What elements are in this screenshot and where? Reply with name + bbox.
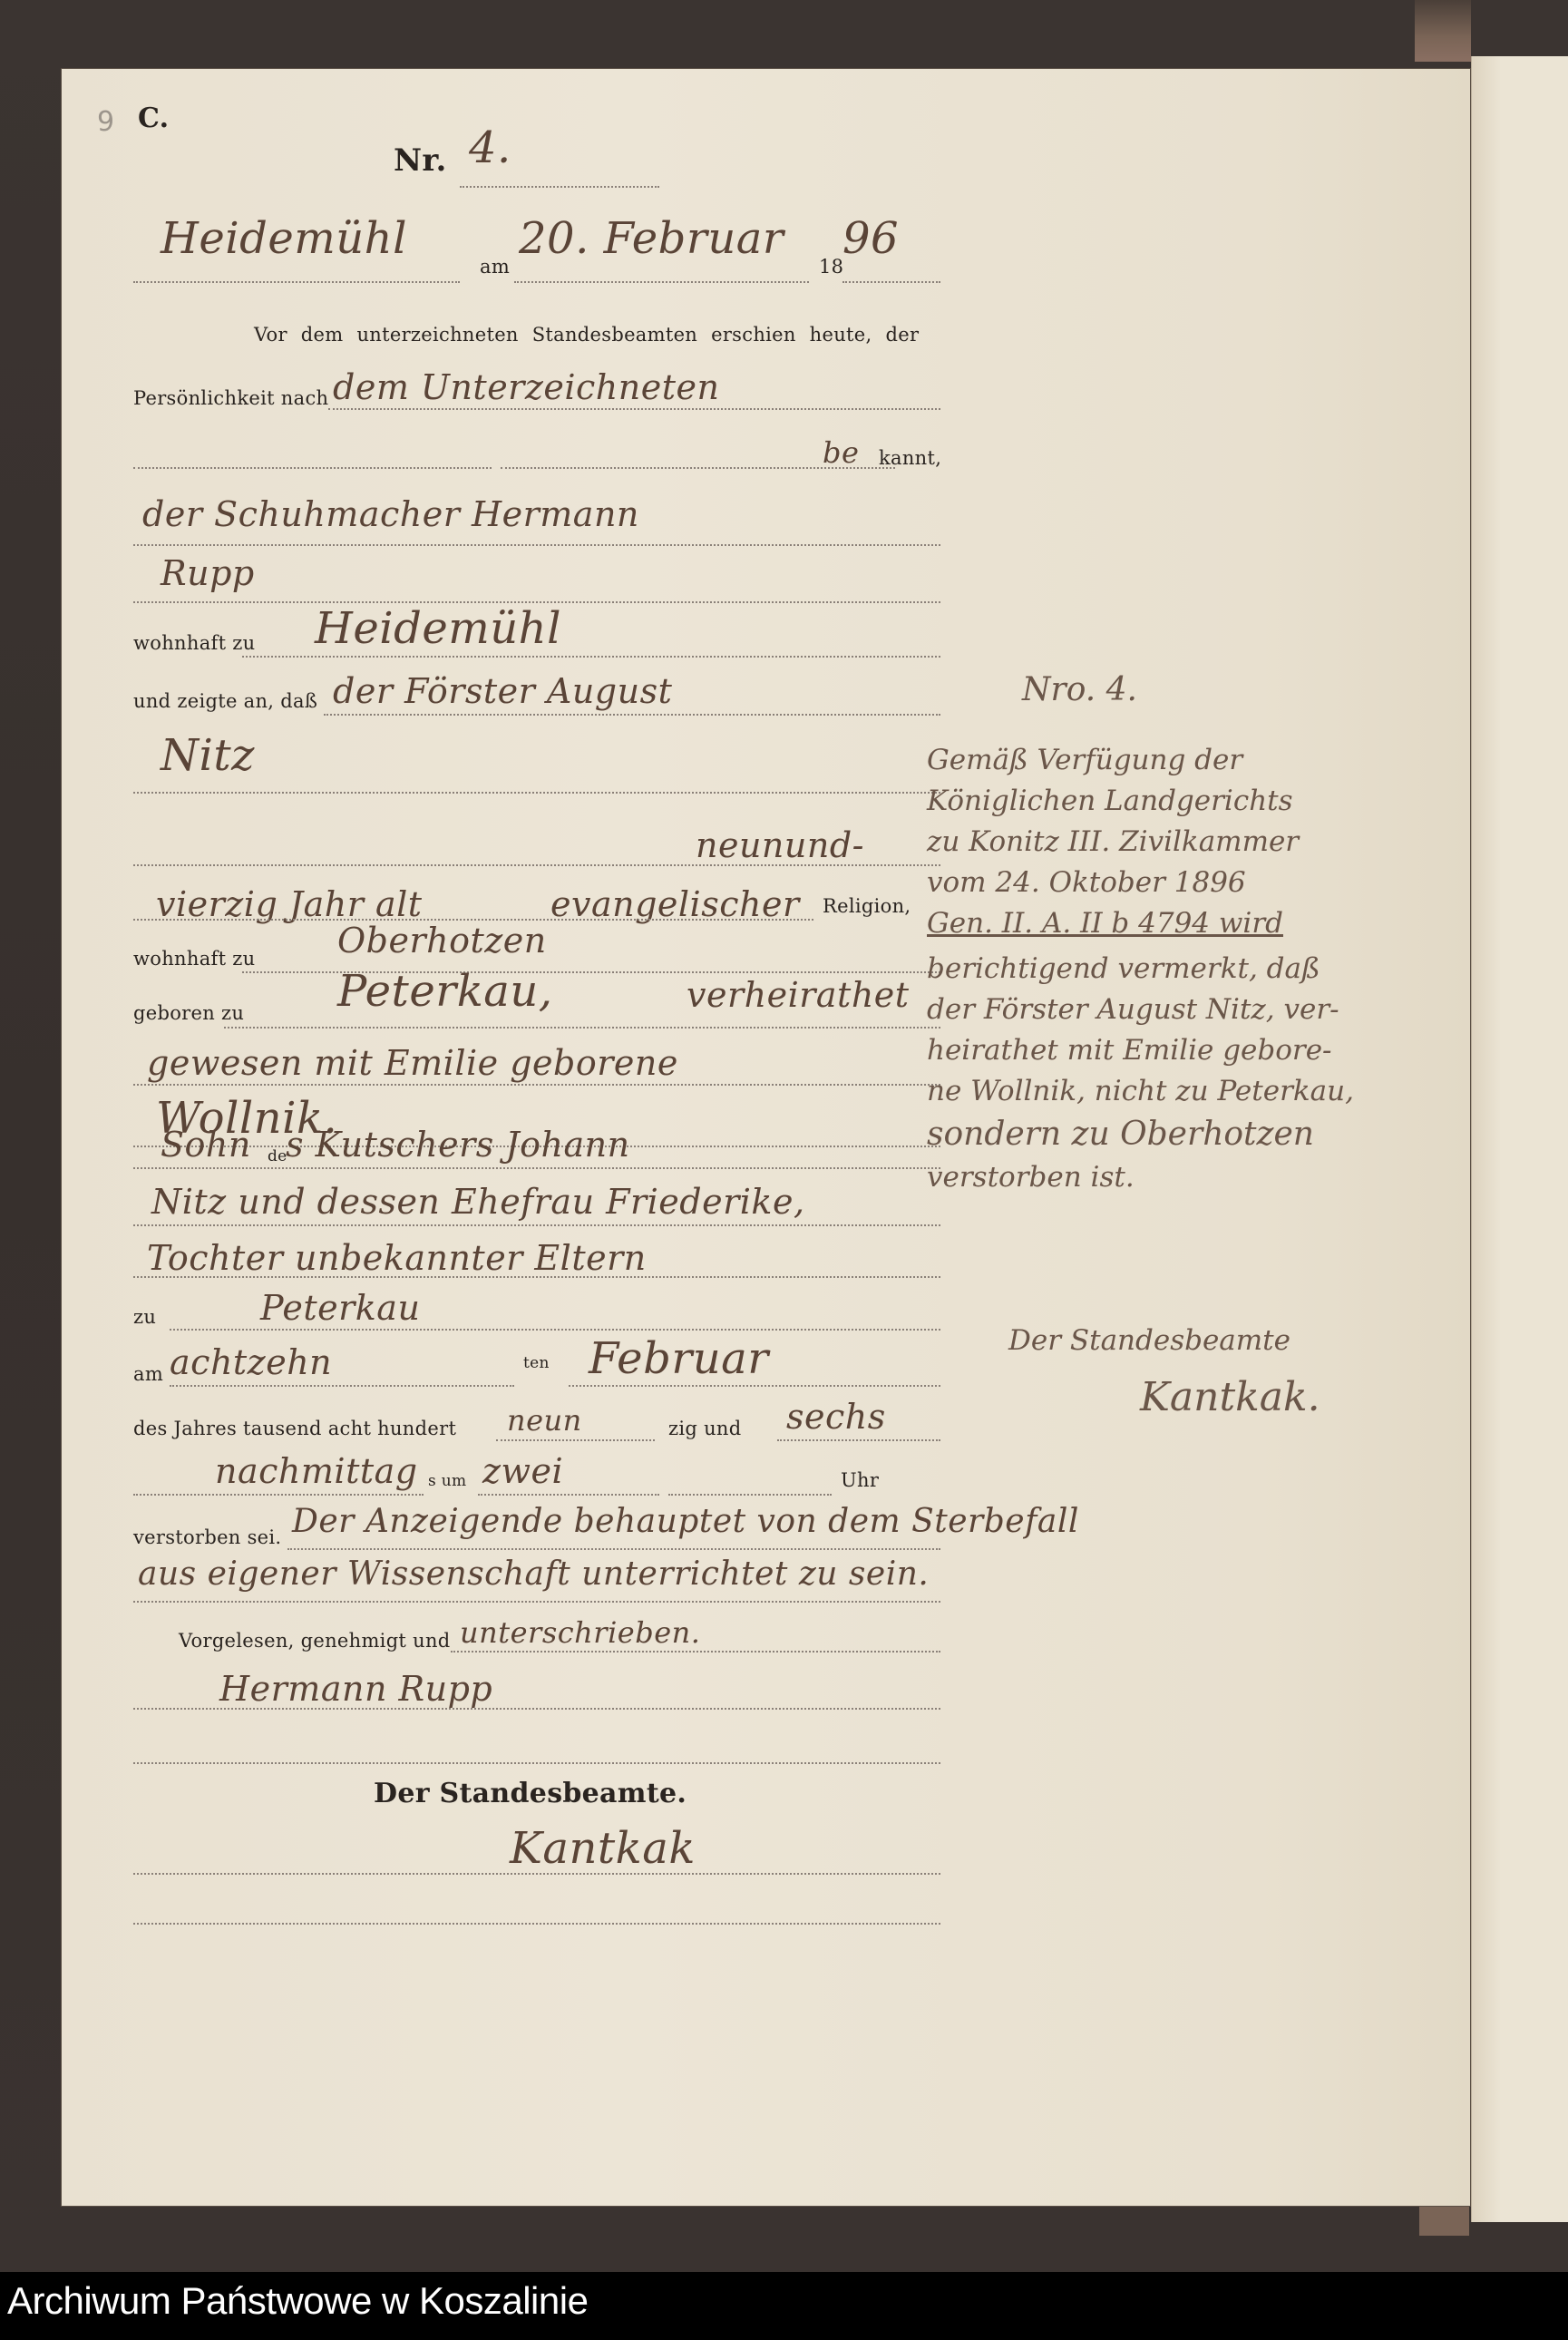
declared-label: und zeigte an, daß (133, 690, 317, 712)
registration-date: 20. Februar (519, 213, 784, 264)
dotted-line (668, 1494, 832, 1496)
married-line-2: gewesen mit Emilie geborene (147, 1043, 678, 1083)
hour-label: Uhr (841, 1469, 879, 1491)
dotted-line (460, 186, 659, 188)
margin-note-signoff: Der Standesbeamte (1008, 1324, 1290, 1357)
margin-note-line: der Förster August Nitz, ver- (927, 993, 1339, 1026)
deceased-occupation-name: der Förster August (333, 671, 672, 711)
identity-label: Persönlichkeit nach (133, 387, 328, 409)
residence-label: wohnhaft zu (133, 632, 256, 654)
margin-note-line: Gen. II. A. II b 4794 wird (927, 907, 1283, 940)
time-suffix: s um (428, 1472, 466, 1490)
died-label: verstorben sei. (133, 1526, 281, 1548)
dotted-line (133, 1923, 940, 1925)
married-line-1: verheirathet (687, 975, 910, 1015)
remark-line-2: aus eigener Wissenschaft unterrichtet zu… (138, 1555, 929, 1593)
margin-note-line: berichtigend vermerkt, daß (927, 952, 1320, 985)
dotted-line (777, 1439, 940, 1441)
margin-note-line: Königlichen Landgerichts (927, 785, 1293, 817)
dotted-line (496, 1439, 655, 1441)
death-day-suffix: ten (523, 1354, 550, 1372)
dotted-line (133, 1708, 940, 1710)
parents-line-3: Tochter unbekannter Eltern (147, 1238, 647, 1278)
parents-line-2: Nitz und dessen Ehefrau Friederike, (151, 1182, 805, 1222)
dotted-line (133, 864, 940, 866)
dotted-line (328, 408, 940, 410)
approved-value: unterschrieben. (460, 1615, 700, 1650)
known-prefix: be (823, 435, 859, 470)
dotted-line (133, 1601, 940, 1603)
birth-label: geboren zu (133, 1002, 244, 1024)
parents-line-1b: s Kutschers Johann (286, 1125, 630, 1165)
year-decade: neun (507, 1403, 582, 1438)
informant-residence: Heidemühl (315, 603, 561, 654)
register-number-label: Nr. (394, 142, 447, 179)
dotted-line (324, 714, 940, 716)
dotted-line (569, 1385, 940, 1387)
parents-line-1a: Sohn (161, 1125, 251, 1165)
age-line-1: neunund- (696, 825, 864, 865)
informant-signature: Hermann Rupp (219, 1669, 492, 1709)
known-suffix: kannt, (879, 447, 941, 469)
deceased-residence-label: wohnhaft zu (133, 948, 256, 970)
dotted-line (451, 1651, 940, 1653)
informant-surname: Rupp (161, 553, 255, 593)
dotted-line (133, 281, 460, 283)
parents-line-1-printed: de (268, 1147, 287, 1165)
dotted-line (170, 1385, 514, 1387)
death-month: Februar (589, 1333, 769, 1384)
book-binding-top (1415, 0, 1471, 62)
year-mid: zig und (668, 1418, 742, 1439)
dotted-line (133, 792, 940, 794)
year-unit: sechs (786, 1397, 886, 1437)
death-place: Peterkau (260, 1288, 420, 1328)
death-place-label: zu (133, 1306, 156, 1328)
dotted-line (133, 1494, 424, 1496)
remark-line-1: Der Anzeigende behauptet von dem Sterbef… (292, 1503, 1079, 1540)
margin-note-line: zu Konitz III. Zivilkammer (927, 825, 1299, 858)
identity-value: dem Unterzeichneten (333, 367, 719, 407)
margin-note-line: vom 24. Oktober 1896 (927, 866, 1246, 899)
dotted-line (133, 1084, 940, 1086)
register-page: 9 C. Nr. 4. Heidemühl am 20. Februar 18 … (61, 68, 1471, 2207)
archive-footer-bar: Archiwum Państwowe w Koszalinie (0, 2272, 1568, 2340)
intro-text: Vor dem unterzeichneten Standesbeamten e… (254, 324, 919, 346)
adjacent-page-edge (1471, 56, 1568, 2222)
year-label: des Jahres tausend acht hundert (133, 1418, 456, 1439)
registrar-label: Der Standesbeamte. (374, 1778, 687, 1809)
margin-note-heading: Nro. 4. (1022, 671, 1137, 708)
dotted-line (133, 1762, 940, 1764)
dotted-line (133, 1873, 940, 1875)
place-of-registration: Heidemühl (161, 213, 407, 264)
hour: zwei (482, 1451, 563, 1491)
dotted-line (478, 1494, 659, 1496)
informant-occupation-name: der Schuhmacher Hermann (142, 494, 639, 534)
year-suffix: 96 (842, 213, 899, 264)
dotted-line (170, 1329, 940, 1331)
margin-note-line: ne Wollnik, nicht zu Peterkau, (927, 1075, 1354, 1107)
time-of-day: nachmittag (215, 1451, 418, 1491)
date-connector: am (480, 256, 510, 278)
pencil-page-mark: 9 (97, 106, 114, 138)
approved-label: Vorgelesen, genehmigt und (179, 1630, 451, 1652)
death-day: achtzehn (170, 1342, 332, 1382)
registrar-signature: Kantkak (510, 1823, 696, 1874)
margin-note-line: sondern zu Oberhotzen (927, 1116, 1314, 1153)
form-letter: C. (138, 102, 169, 134)
dotted-line (242, 656, 940, 658)
dotted-line (133, 1224, 940, 1226)
death-day-label: am (133, 1363, 163, 1385)
dotted-line (133, 544, 940, 546)
religion-label: Religion, (823, 895, 911, 917)
archive-name: Archiwum Państwowe w Koszalinie (7, 2279, 588, 2323)
margin-note-line: heirathet mit Emilie gebore- (927, 1034, 1332, 1067)
margin-note-line: verstorben ist. (927, 1161, 1135, 1194)
dotted-line (287, 1548, 940, 1550)
deceased-surname: Nitz (161, 730, 255, 781)
dotted-line (514, 281, 809, 283)
dotted-line (133, 467, 492, 469)
dotted-line (133, 1167, 940, 1169)
dotted-line (842, 281, 940, 283)
margin-note-signature: Kantkak. (1140, 1374, 1320, 1420)
register-number: 4. (469, 122, 511, 173)
deceased-residence: Oberhotzen (337, 921, 547, 960)
margin-note-line: Gemäß Verfügung der (927, 744, 1242, 776)
year-prefix: 18 (819, 256, 843, 278)
birth-place: Peterkau, (337, 966, 553, 1017)
dotted-line (224, 1027, 940, 1029)
dotted-line (133, 1276, 940, 1278)
